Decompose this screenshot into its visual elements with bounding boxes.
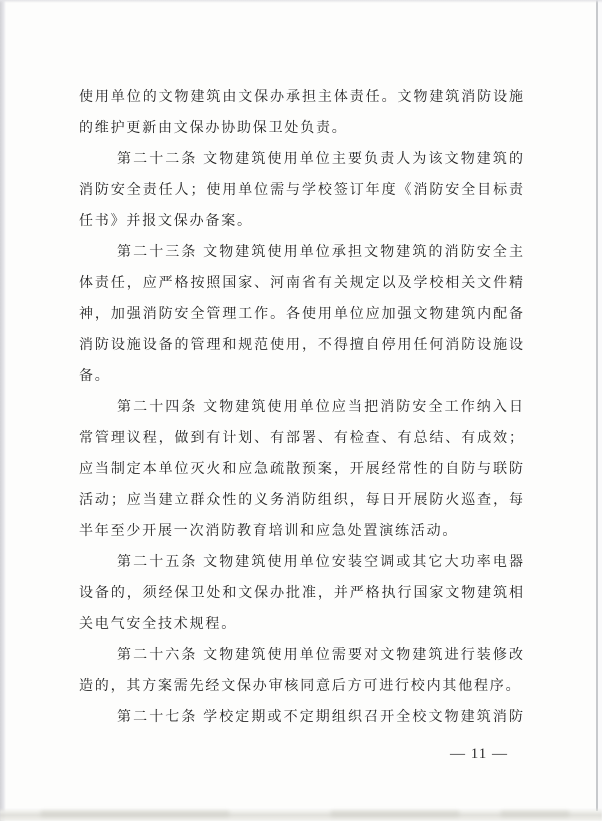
- article-heading-line: 第二十七条 学校定期或不定期组织召开全校文物建筑消防: [79, 702, 523, 733]
- page-number: — 11 —: [450, 743, 525, 765]
- scanned-document-page: 使用单位的文物建筑由文保办承担主体责任。文物建筑消防设施 的维护更新由文保办协助…: [0, 0, 602, 821]
- article-heading-line: 第二十四条 文物建筑使用单位应当把消防安全工作纳入日: [79, 392, 523, 423]
- text-line: 造的，其方案需先经文保办审核同意后方可进行校内其他程序。: [79, 671, 523, 702]
- document-body-text: 使用单位的文物建筑由文保办承担主体责任。文物建筑消防设施 的维护更新由文保办协助…: [79, 82, 523, 733]
- text-line: 任书》并报文保办备案。: [79, 206, 523, 237]
- scan-edge-top: [0, 0, 602, 3]
- text-line: 应当制定本单位灭火和应急疏散预案，开展经常性的自防与联防: [79, 454, 523, 485]
- text-line: 体责任，应严格按照国家、河南省有关规定以及学校相关文件精: [79, 268, 523, 299]
- text-line: 消防设施设备的管理和规范使用，不得擅自停用任何消防设施设: [79, 330, 523, 361]
- text-line: 关电气安全技术规程。: [79, 609, 523, 640]
- scan-edge-right-line: [596, 0, 598, 811]
- text-line: 使用单位的文物建筑由文保办承担主体责任。文物建筑消防设施: [79, 82, 523, 113]
- scan-bottom-blotch: [40, 811, 230, 817]
- text-line: 神，加强消防安全管理工作。各使用单位应加强文物建筑内配备: [79, 299, 523, 330]
- text-line: 的维护更新由文保办协助保卫处负责。: [79, 113, 523, 144]
- scan-edge-right-margin: [598, 0, 602, 821]
- text-line: 半年至少开展一次消防教育培训和应急处置演练活动。: [79, 516, 523, 547]
- scan-bottom-blotch: [500, 811, 570, 817]
- text-line: 常管理议程，做到有计划、有部署、有检查、有总结、有成效；: [79, 423, 523, 454]
- scan-bottom-blotch: [330, 811, 460, 817]
- text-line: 消防安全责任人；使用单位需与学校签订年度《消防安全目标责: [79, 175, 523, 206]
- text-line: 设备的，须经保卫处和文保办批准，并严格执行国家文物建筑相: [79, 578, 523, 609]
- article-heading-line: 第二十六条 文物建筑使用单位需要对文物建筑进行装修改: [79, 640, 523, 671]
- article-heading-line: 第二十五条 文物建筑使用单位安装空调或其它大功率电器: [79, 547, 523, 578]
- text-line: 备。: [79, 361, 523, 392]
- text-line: 活动；应当建立群众性的义务消防组织，每日开展防火巡查，每: [79, 485, 523, 516]
- scan-edge-left: [0, 0, 6, 821]
- article-heading-line: 第二十三条 文物建筑使用单位承担文物建筑的消防安全主: [79, 237, 523, 268]
- article-heading-line: 第二十二条 文物建筑使用单位主要负责人为该文物建筑的: [79, 144, 523, 175]
